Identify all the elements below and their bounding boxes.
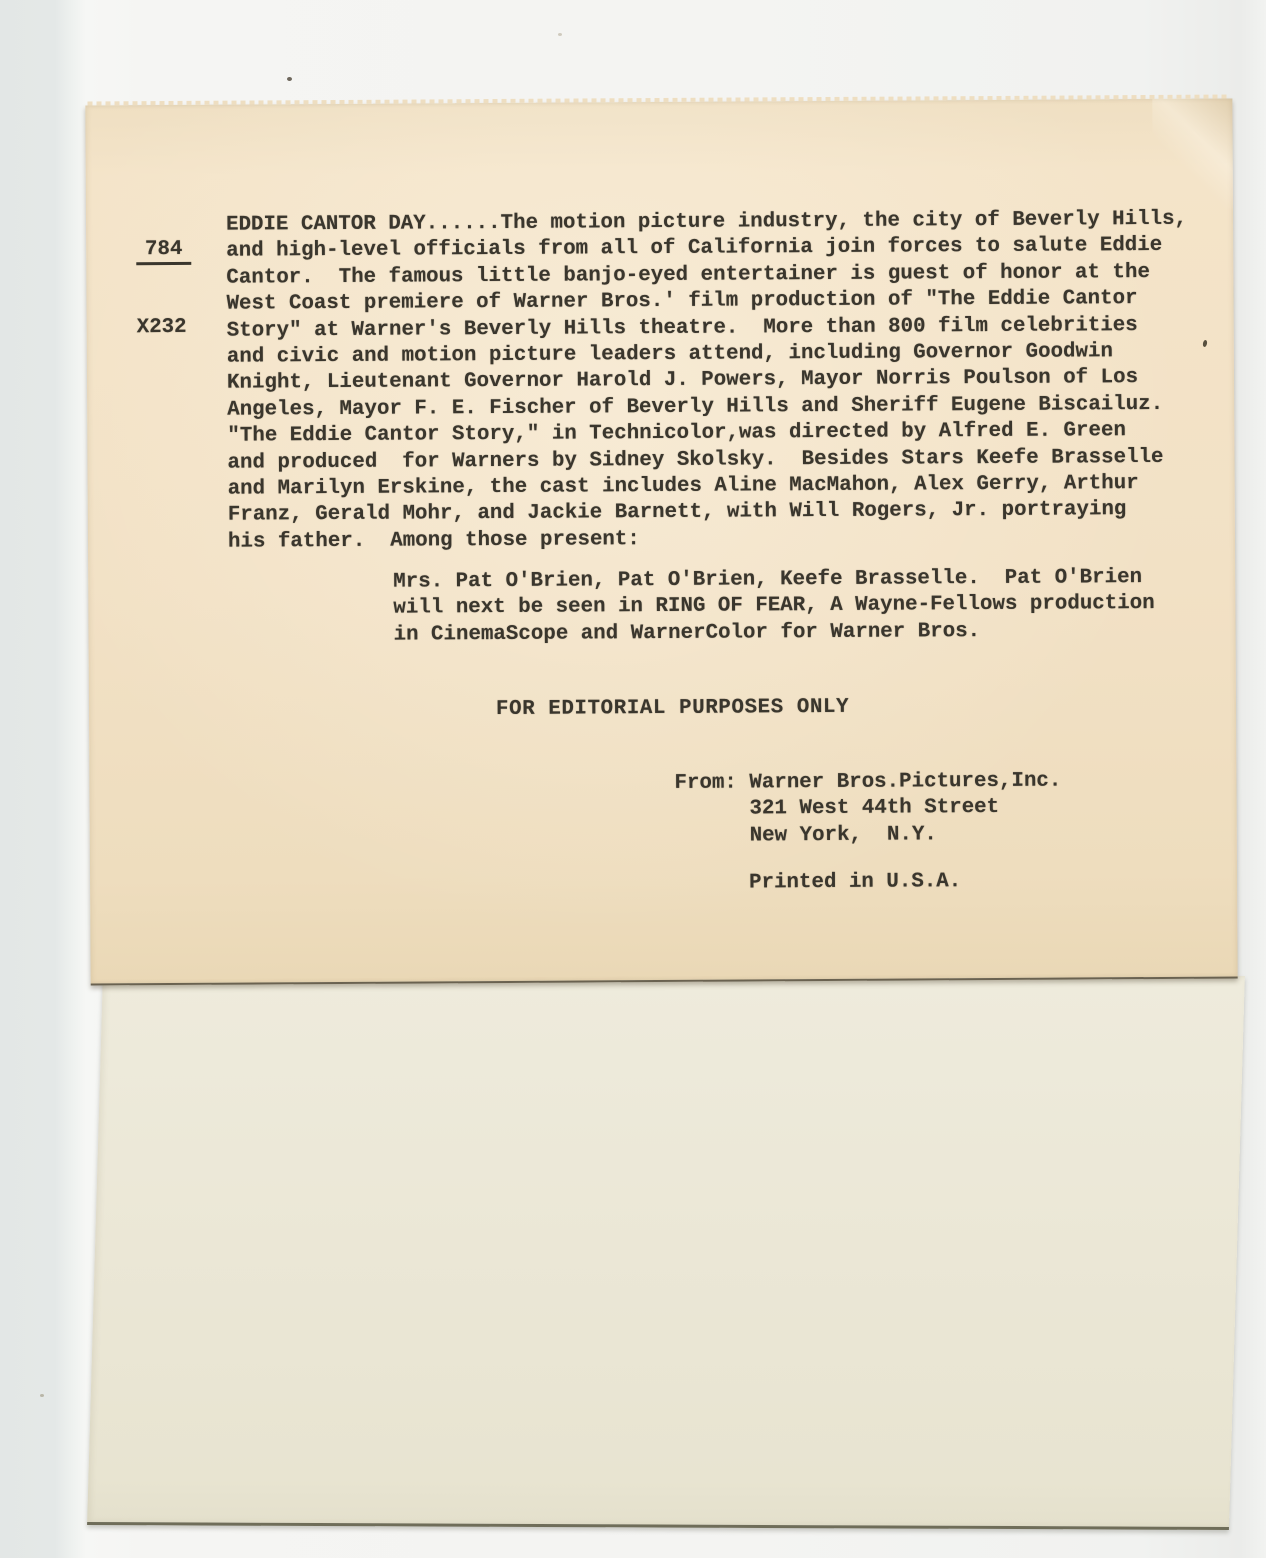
from-address-block: From: Warner Bros.Pictures,Inc. 321 West…	[674, 769, 1061, 851]
paper-speck	[40, 1394, 44, 1397]
editorial-purposes-line: FOR EDITORIAL PURPOSES ONLY	[496, 695, 849, 724]
paper-speck	[287, 77, 292, 81]
reference-number: 784 X232	[136, 187, 212, 390]
paper-speck	[558, 33, 562, 36]
press-release-sheet: 784 X232 EDDIE CANTOR DAY......The motio…	[85, 99, 1237, 986]
those-present-note: Mrs. Pat O'Brien, Pat O'Brien, Keefe Bra…	[393, 565, 1155, 649]
reference-numerator: 784	[136, 237, 191, 265]
reference-denominator: X232	[137, 315, 212, 340]
press-release-body: EDDIE CANTOR DAY......The motion picture…	[226, 207, 1189, 556]
printed-in-usa-line: Printed in U.S.A.	[749, 869, 961, 897]
blank-second-sheet	[87, 971, 1245, 1530]
scanner-background: 784 X232 EDDIE CANTOR DAY......The motio…	[0, 0, 1266, 1558]
